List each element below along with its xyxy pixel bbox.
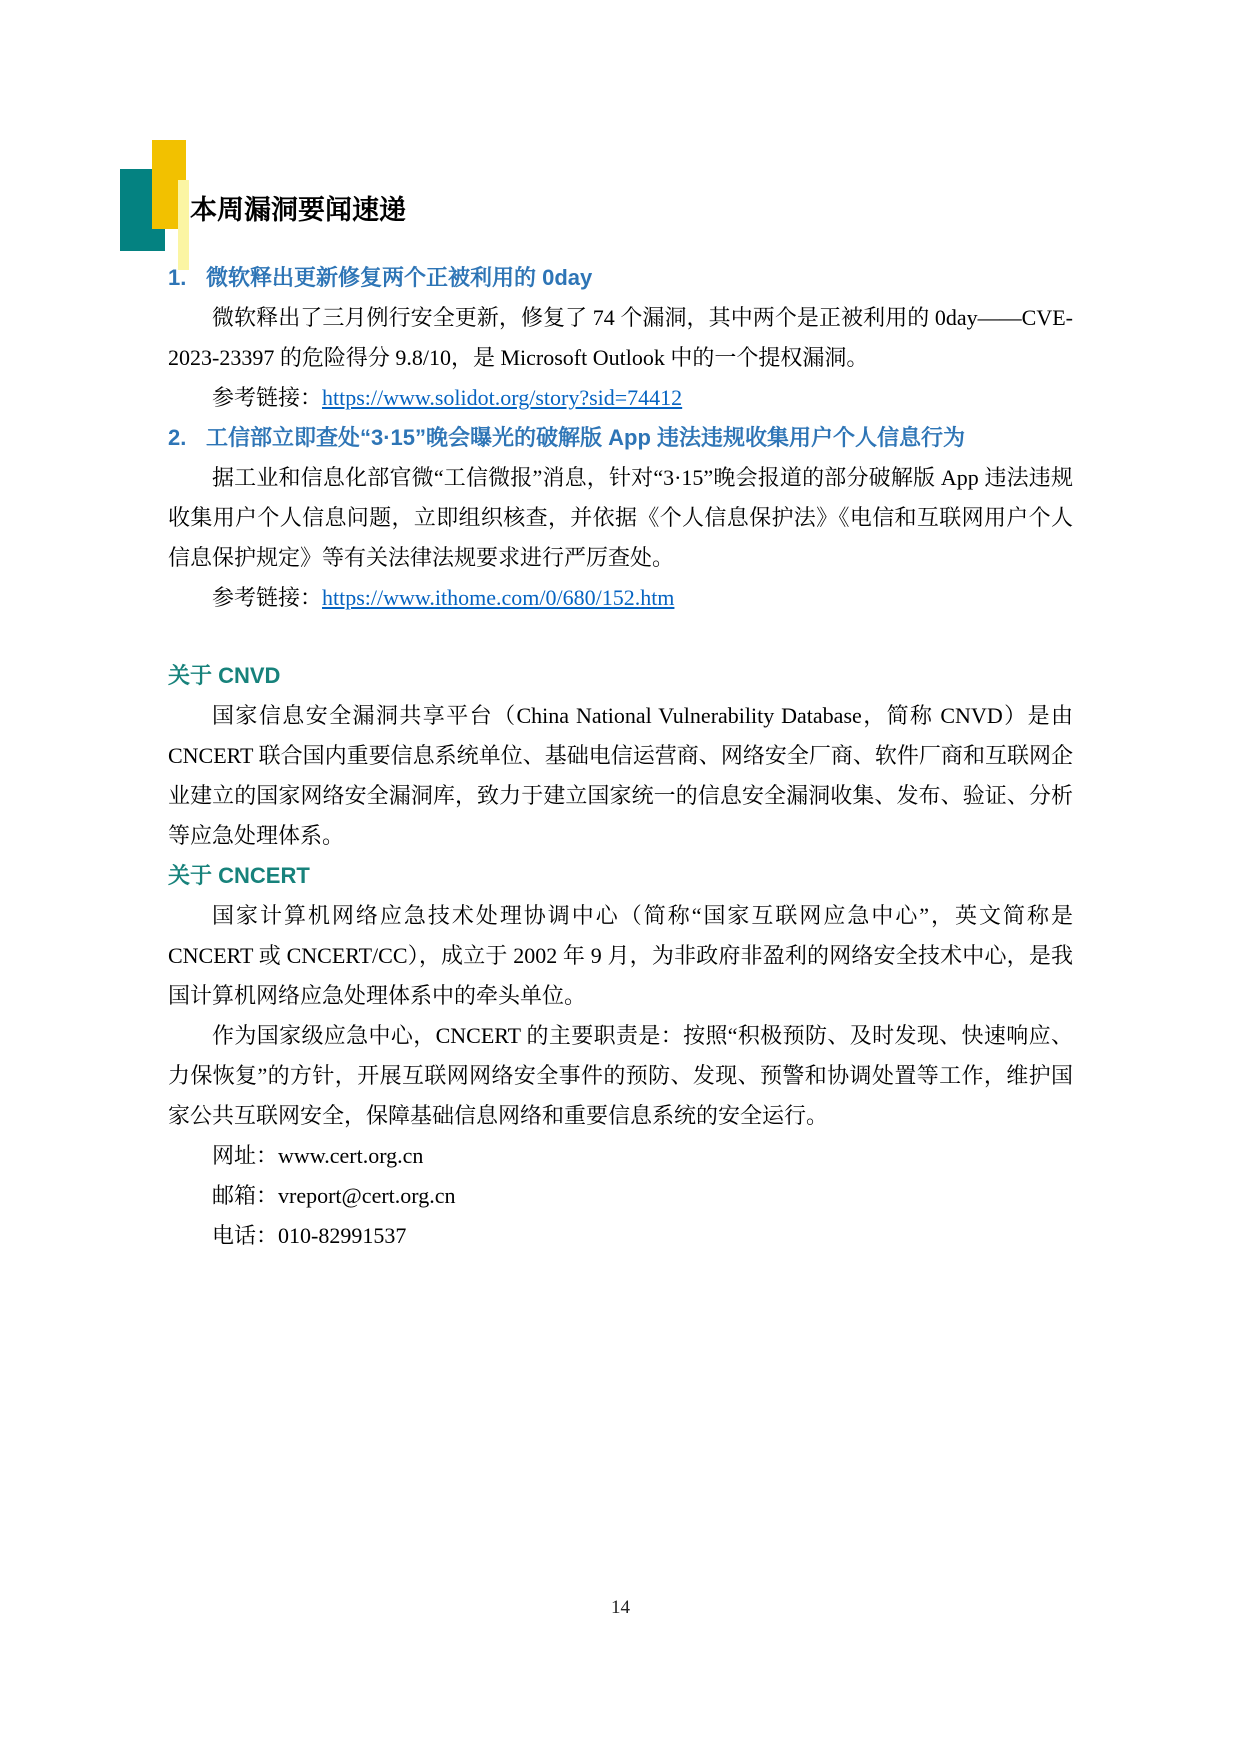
document-page: 本周漏洞要闻速递 1. 微软释出更新修复两个正被利用的 0day 微软释出了三月… — [0, 0, 1241, 1754]
news-item-2-title: 工信部立即查处“3·15”晚会曝光的破解版 App 违法违规收集用户个人信息行为 — [206, 418, 965, 458]
news-item-1-number: 1. — [168, 258, 206, 298]
news-item-2-number: 2. — [168, 418, 206, 458]
contact-website-label: 网址： — [212, 1143, 278, 1168]
contact-email: 邮箱：vreport@cert.org.cn — [168, 1176, 1073, 1216]
news-item-1-title: 微软释出更新修复两个正被利用的 0day — [206, 258, 592, 298]
contact-email-label: 邮箱： — [212, 1183, 278, 1208]
deco-pale-yellow-rect — [178, 180, 189, 270]
about-cnvd-heading: 关于 CNVD — [168, 656, 1073, 696]
page-content: 1. 微软释出更新修复两个正被利用的 0day 微软释出了三月例行安全更新，修复… — [168, 258, 1073, 1256]
reference-label: 参考链接： — [212, 385, 322, 410]
contact-email-value: vreport@cert.org.cn — [278, 1183, 455, 1208]
news-item-1-heading: 1. 微软释出更新修复两个正被利用的 0day — [168, 258, 1073, 298]
news-item-2-body: 据工业和信息化部官微“工信微报”消息，针对“3·15”晚会报道的部分破解版 Ap… — [168, 458, 1073, 578]
about-cncert-heading: 关于 CNCERT — [168, 856, 1073, 896]
about-cnvd-body: 国家信息安全漏洞共享平台（China National Vulnerabilit… — [168, 696, 1073, 856]
contact-phone-value: 010-82991537 — [278, 1223, 406, 1248]
reference-link[interactable]: https://www.solidot.org/story?sid=74412 — [322, 385, 682, 410]
reference-link[interactable]: https://www.ithome.com/0/680/152.htm — [322, 585, 674, 610]
contact-phone-label: 电话： — [212, 1223, 278, 1248]
contact-website-value: www.cert.org.cn — [278, 1143, 423, 1168]
page-title: 本周漏洞要闻速递 — [190, 188, 406, 227]
about-cncert-para-1: 国家计算机网络应急技术处理协调中心（简称“国家互联网应急中心”，英文简称是 CN… — [168, 896, 1073, 1016]
page-number: 14 — [0, 1596, 1241, 1620]
news-item-2-reference: 参考链接：https://www.ithome.com/0/680/152.ht… — [168, 578, 1073, 618]
about-cncert-para-2: 作为国家级应急中心，CNCERT 的主要职责是：按照“积极预防、及时发现、快速响… — [168, 1016, 1073, 1136]
news-item-1-body: 微软释出了三月例行安全更新，修复了 74 个漏洞，其中两个是正被利用的 0day… — [168, 298, 1073, 378]
news-item-1-reference: 参考链接：https://www.solidot.org/story?sid=7… — [168, 378, 1073, 418]
news-item-2-heading: 2. 工信部立即查处“3·15”晚会曝光的破解版 App 违法违规收集用户个人信… — [168, 418, 1073, 458]
reference-label: 参考链接： — [212, 585, 322, 610]
contact-phone: 电话：010-82991537 — [168, 1216, 1073, 1256]
contact-website: 网址：www.cert.org.cn — [168, 1136, 1073, 1176]
